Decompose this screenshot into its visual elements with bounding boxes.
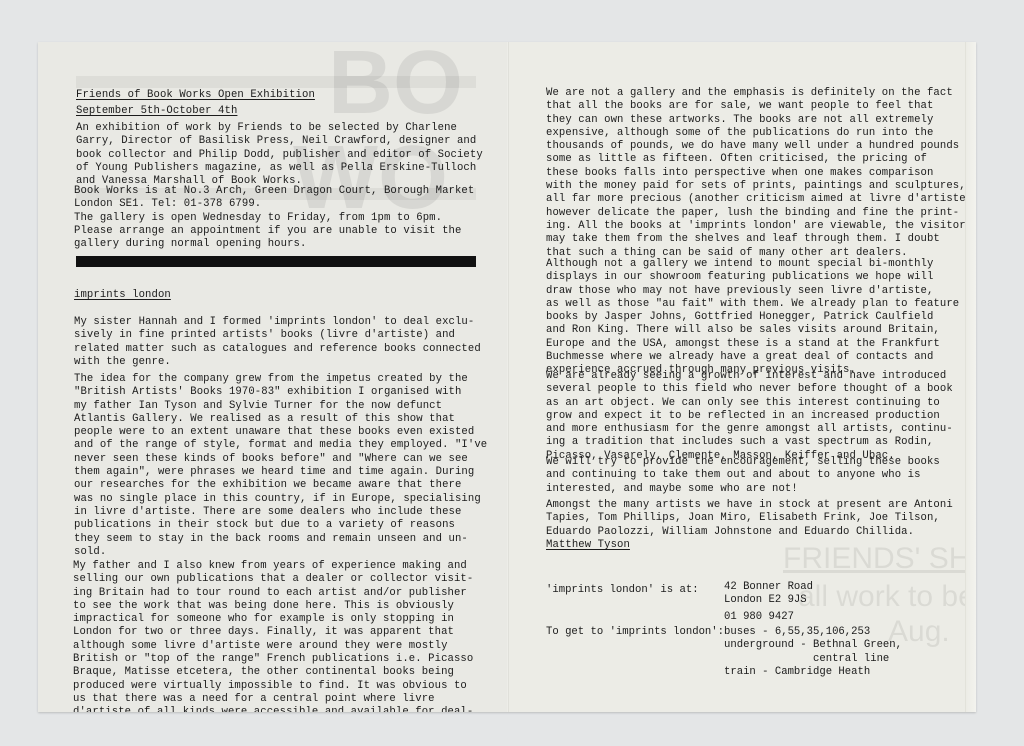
paragraph: We are already seeing a growth of intere…	[546, 370, 953, 463]
page-edge	[965, 42, 976, 712]
paragraph: The idea for the company grew from the i…	[74, 373, 487, 559]
address: 42 Bonner Road London E2 9JS	[724, 581, 813, 608]
paragraph: My father and I also knew from years of …	[73, 560, 473, 712]
paragraph: Although not a gallery we intend to moun…	[546, 258, 959, 378]
section-heading: imprints london	[74, 289, 171, 302]
paragraph: Amongst the many artists we have in stoc…	[546, 499, 953, 539]
paragraph: We will try to provide the encouragement…	[546, 456, 940, 496]
venue-info: Book Works is at No.3 Arch, Green Dragon…	[74, 185, 474, 251]
directions-label: To get to 'imprints london':	[546, 626, 724, 639]
center-fold	[507, 42, 509, 712]
directions: buses - 6,55,35,106,253 underground - Be…	[724, 626, 902, 679]
phone-number: 01 980 9427	[724, 611, 794, 624]
show-through-text: all work to be in by Friday	[798, 580, 976, 614]
signature: Matthew Tyson	[546, 539, 630, 552]
left-page: BO WO Friends of Book Works Open Exhibit…	[38, 42, 508, 712]
divider-bar	[76, 256, 476, 267]
paragraph: We are not a gallery and the emphasis is…	[546, 87, 976, 260]
show-through-bar	[76, 76, 476, 88]
exhibition-description: An exhibition of work by Friends to be s…	[76, 122, 483, 188]
exhibition-title: Friends of Book Works Open Exhibition	[76, 89, 315, 102]
paragraph: My sister Hannah and I formed 'imprints …	[74, 316, 481, 369]
exhibition-dates: September 5th-October 4th	[76, 105, 237, 118]
show-through-text: FRIENDS' SHOW - don't forget!	[783, 542, 976, 576]
booklet-spread: BO WO Friends of Book Works Open Exhibit…	[38, 42, 976, 712]
right-page: FRIENDS' SHOW - don't forget! all work t…	[508, 42, 976, 712]
address-label: 'imprints london' is at:	[546, 584, 699, 597]
